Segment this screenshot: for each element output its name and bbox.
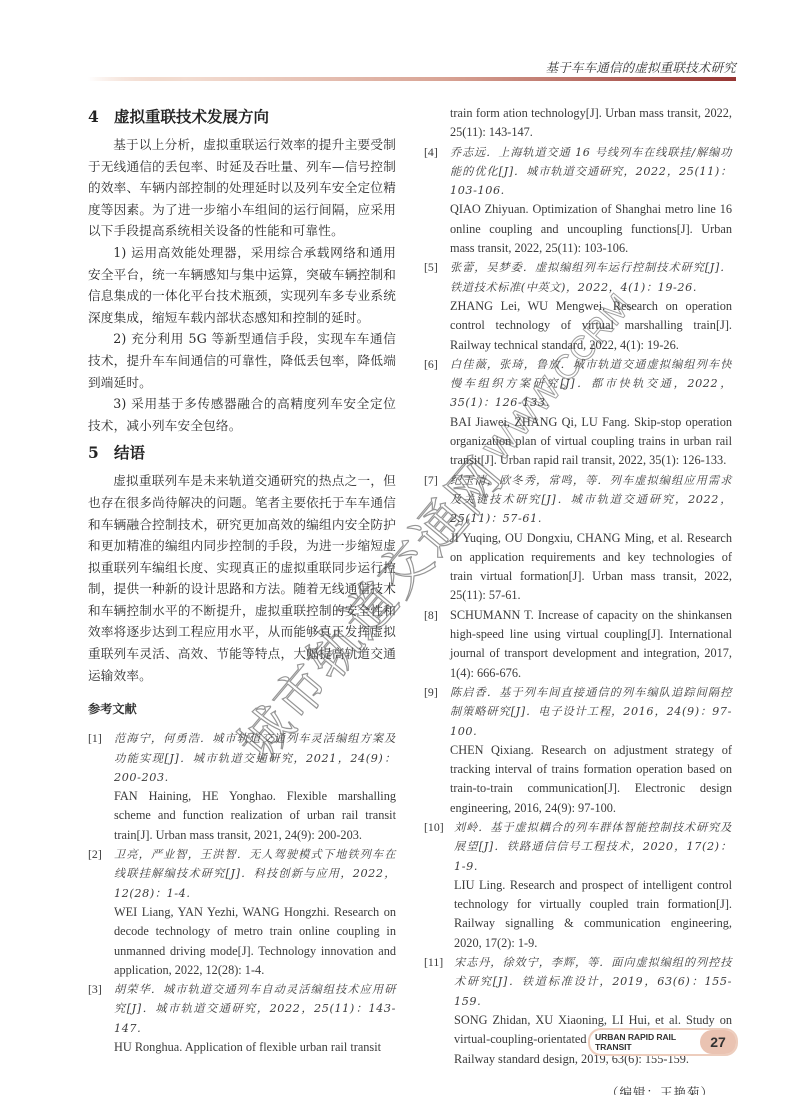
footer-page-badge: URBAN RAPID RAIL TRANSIT 27 xyxy=(588,1028,738,1056)
reference-en: QIAO Zhiyuan. Optimization of Shanghai m… xyxy=(450,200,732,258)
reference-number: [4] xyxy=(424,143,448,162)
reference-en-part1: HU Ronghua. Application of flexible urba… xyxy=(114,1038,396,1057)
reference-number: [8] xyxy=(424,606,448,625)
reference-item-3-continued: train form ation technology[J]. Urban ma… xyxy=(424,104,732,143)
editor-note: （编辑：王艳菊） xyxy=(424,1083,732,1095)
reference-cn: 胡荣华．城市轨道交通列车自动灵活编组技术应用研究[J]．城市轨道交通研究，202… xyxy=(114,983,396,1035)
reference-item-10: [10] 刘岭．基于虚拟耦合的列车群体智能控制技术研究及展望[J]．铁路通信信号… xyxy=(424,818,732,953)
section-4-item-1: 1) 运用高效能处理器，采用综合承载网络和通用安全平台，统一车辆感知与集中运算，… xyxy=(88,242,396,328)
reference-cn: 刘岭．基于虚拟耦合的列车群体智能控制技术研究及展望[J]．铁路通信信号工程技术，… xyxy=(454,821,732,873)
page-number: 27 xyxy=(700,1030,736,1054)
section-5-heading: 5 结语 xyxy=(88,442,396,464)
section-4-title: 虚拟重联技术发展方向 xyxy=(114,106,269,128)
section-5-number: 5 xyxy=(88,442,114,464)
reference-cn: 陈启香．基于列车间直接通信的列车编队追踪间隔控制策略研究[J]．电子设计工程，2… xyxy=(450,686,732,738)
reference-number: [10] xyxy=(424,818,450,837)
reference-number: [11] xyxy=(424,953,450,972)
reference-en-part2: train form ation technology[J]. Urban ma… xyxy=(450,104,732,143)
conclusion-paragraph: 虚拟重联列车是未来轨道交通研究的热点之一，但也存在很多尚待解决的问题。笔者主要依… xyxy=(88,470,396,686)
section-5-title: 结语 xyxy=(114,442,145,464)
reference-cn: 卫亮，严业智，王洪智．无人驾驶模式下地铁列车在线联挂解编技术研究[J]．科技创新… xyxy=(114,848,396,900)
reference-cn: 宋志丹，徐效宁，李辉，等．面向虚拟编组的列控技术研究[J]．铁道标准设计，201… xyxy=(454,956,732,1008)
section-4-number: 4 xyxy=(88,106,114,128)
section-4-item-3: 3) 采用基于多传感器融合的高精度列车安全定位技术，减小列车安全包络。 xyxy=(88,393,396,436)
references-heading: 参考文献 xyxy=(88,700,396,717)
journal-name: URBAN RAPID RAIL TRANSIT xyxy=(590,1032,700,1052)
reference-en: CHEN Qixiang. Research on adjustment str… xyxy=(450,741,732,818)
reference-item-9: [9] 陈启香．基于列车间直接通信的列车编队追踪间隔控制策略研究[J]．电子设计… xyxy=(424,683,732,818)
section-4-paragraph: 基于以上分析，虚拟重联运行效率的提升主要受制于无线通信的丢包率、时延及吞吐量、列… xyxy=(88,134,396,242)
reference-cn: 纪玉清，欧冬秀，常鸣，等．列车虚拟编组应用需求及关键技术研究[J]．城市轨道交通… xyxy=(450,474,732,526)
reference-number: [2] xyxy=(88,845,112,864)
reference-en: LIU Ling. Research and prospect of intel… xyxy=(454,876,732,953)
reference-cn: 白佳薇，张琦，鲁放．城市轨道交通虚拟编组列车快慢车组织方案研究[J]．都市快轨交… xyxy=(450,358,732,410)
reference-item-8: [8] SCHUMANN T. Increase of capacity on … xyxy=(424,606,732,683)
reference-number: [6] xyxy=(424,355,448,374)
reference-item-6: [6] 白佳薇，张琦，鲁放．城市轨道交通虚拟编组列车快慢车组织方案研究[J]．都… xyxy=(424,355,732,471)
reference-en: WEI Liang, YAN Yezhi, WANG Hongzhi. Rese… xyxy=(114,903,396,980)
reference-item-4: [4] 乔志远．上海轨道交通 16 号线列车在线联挂/解编功能的优化[J]．城市… xyxy=(424,143,732,259)
reference-en: BAI Jiawei, ZHANG Qi, LU Fang. Skip-stop… xyxy=(450,413,732,471)
reference-list-right: train form ation technology[J]. Urban ma… xyxy=(424,104,732,1069)
reference-item-3: [3] 胡荣华．城市轨道交通列车自动灵活编组技术应用研究[J]．城市轨道交通研究… xyxy=(88,980,396,1057)
reference-item-2: [2] 卫亮，严业智，王洪智．无人驾驶模式下地铁列车在线联挂解编技术研究[J]．… xyxy=(88,845,396,980)
section-4-heading: 4 虚拟重联技术发展方向 xyxy=(88,106,396,128)
reference-item-5: [5] 张蕾，吴梦委．虚拟编组列车运行控制技术研究[J]．铁道技术标准(中英文)… xyxy=(424,258,732,354)
left-column: 4 虚拟重联技术发展方向 基于以上分析，虚拟重联运行效率的提升主要受制于无线通信… xyxy=(88,100,396,1057)
reference-number: [3] xyxy=(88,980,112,999)
reference-en: JI Yuqing, OU Dongxiu, CHANG Ming, et al… xyxy=(450,529,732,606)
reference-en: FAN Haining, HE Yonghao. Flexible marsha… xyxy=(114,787,396,845)
reference-number: [1] xyxy=(88,729,112,748)
reference-en: ZHANG Lei, WU Mengwei. Research on opera… xyxy=(450,297,732,355)
reference-number: [9] xyxy=(424,683,448,702)
reference-number: [5] xyxy=(424,258,448,277)
reference-item-1: [1] 范海宁，何勇浩．城市轨道交通列车灵活编组方案及功能实现[J]．城市轨道交… xyxy=(88,729,396,845)
right-column: train form ation technology[J]. Urban ma… xyxy=(424,104,732,1095)
reference-cn: 乔志远．上海轨道交通 16 号线列车在线联挂/解编功能的优化[J]．城市轨道交通… xyxy=(450,146,732,198)
running-title: 基于车车通信的虚拟重联技术研究 xyxy=(545,58,736,76)
section-4-item-2: 2) 充分利用 5G 等新型通信手段，实现车车通信技术，提升车车间通信的可靠性，… xyxy=(88,328,396,393)
reference-item-7: [7] 纪玉清，欧冬秀，常鸣，等．列车虚拟编组应用需求及关键技术研究[J]．城市… xyxy=(424,471,732,606)
header-rule-visible xyxy=(88,77,736,81)
reference-cn: 张蕾，吴梦委．虚拟编组列车运行控制技术研究[J]．铁道技术标准(中英文)，202… xyxy=(450,261,732,293)
reference-number: [7] xyxy=(424,471,448,490)
reference-en: SCHUMANN T. Increase of capacity on the … xyxy=(450,606,732,683)
reference-cn: 范海宁，何勇浩．城市轨道交通列车灵活编组方案及功能实现[J]．城市轨道交通研究，… xyxy=(114,732,396,784)
reference-list-left: [1] 范海宁，何勇浩．城市轨道交通列车灵活编组方案及功能实现[J]．城市轨道交… xyxy=(88,729,396,1057)
